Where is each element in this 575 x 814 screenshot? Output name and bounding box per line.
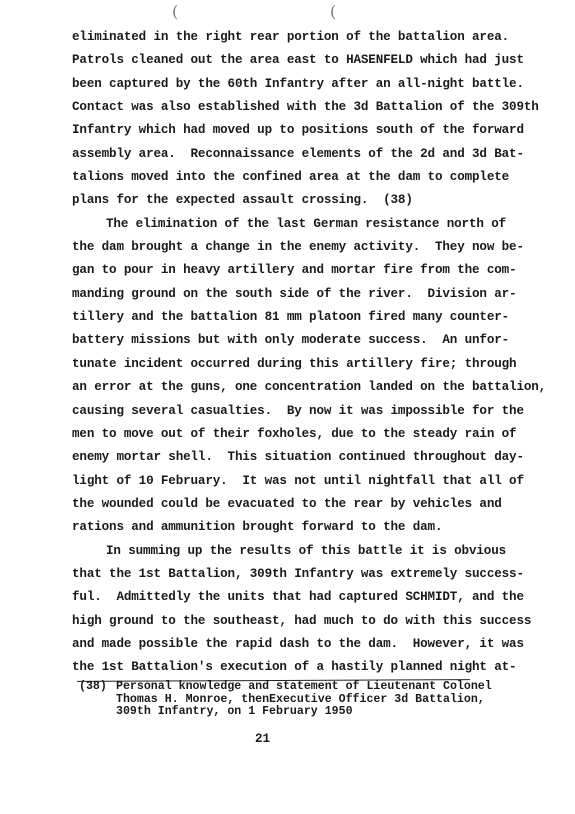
body-text: eliminated in the right rear portion of …: [72, 26, 552, 680]
text-line: and made possible the rapid dash to the …: [72, 633, 552, 656]
text-line: the 1st Battalion's execution of a hasti…: [72, 656, 552, 679]
text-line: gan to pour in heavy artillery and morta…: [72, 259, 552, 282]
text-line: rations and ammunition brought forward t…: [72, 516, 552, 539]
footnote: (38) Personal knowledge and statement of…: [79, 681, 492, 719]
paragraph: In summing up the results of this battle…: [72, 540, 552, 680]
page-number: 21: [255, 732, 270, 746]
text-line: an error at the guns, one concentration …: [72, 376, 552, 399]
text-line: that the 1st Battalion, 309th Infantry w…: [72, 563, 552, 586]
footnote-number: (38): [79, 681, 116, 719]
text-line: assembly area. Reconnaissance elements o…: [72, 143, 552, 166]
margin-mark: (: [172, 2, 178, 21]
text-line: men to move out of their foxholes, due t…: [72, 423, 552, 446]
text-line: talions moved into the confined area at …: [72, 166, 552, 189]
text-line: Infantry which had moved up to positions…: [72, 119, 552, 142]
text-line: been captured by the 60th Infantry after…: [72, 73, 552, 96]
footnote-line: Personal knowledge and statement of Lieu…: [116, 681, 492, 694]
text-line: tillery and the battalion 81 mm platoon …: [72, 306, 552, 329]
paragraph: eliminated in the right rear portion of …: [72, 26, 552, 213]
text-line: The elimination of the last German resis…: [72, 213, 552, 236]
text-line: manding ground on the south side of the …: [72, 283, 552, 306]
text-line: high ground to the southeast, had much t…: [72, 610, 552, 633]
text-line: the dam brought a change in the enemy ac…: [72, 236, 552, 259]
text-line: battery missions but with only moderate …: [72, 329, 552, 352]
text-line: ful. Admittedly the units that had captu…: [72, 586, 552, 609]
text-line: causing several casualties. By now it wa…: [72, 400, 552, 423]
text-line: In summing up the results of this battle…: [72, 540, 552, 563]
text-line: eliminated in the right rear portion of …: [72, 26, 552, 49]
text-line: plans for the expected assault crossing.…: [72, 189, 552, 212]
text-line: Contact was also established with the 3d…: [72, 96, 552, 119]
text-line: enemy mortar shell. This situation conti…: [72, 446, 552, 469]
text-line: tunate incident occurred during this art…: [72, 353, 552, 376]
footnote-line: 309th Infantry, on 1 February 1950: [116, 706, 492, 719]
text-line: the wounded could be evacuated to the re…: [72, 493, 552, 516]
text-line: light of 10 February. It was not until n…: [72, 470, 552, 493]
margin-mark: (: [330, 2, 336, 21]
text-line: Patrols cleaned out the area east to HAS…: [72, 49, 552, 72]
paragraph: The elimination of the last German resis…: [72, 213, 552, 540]
